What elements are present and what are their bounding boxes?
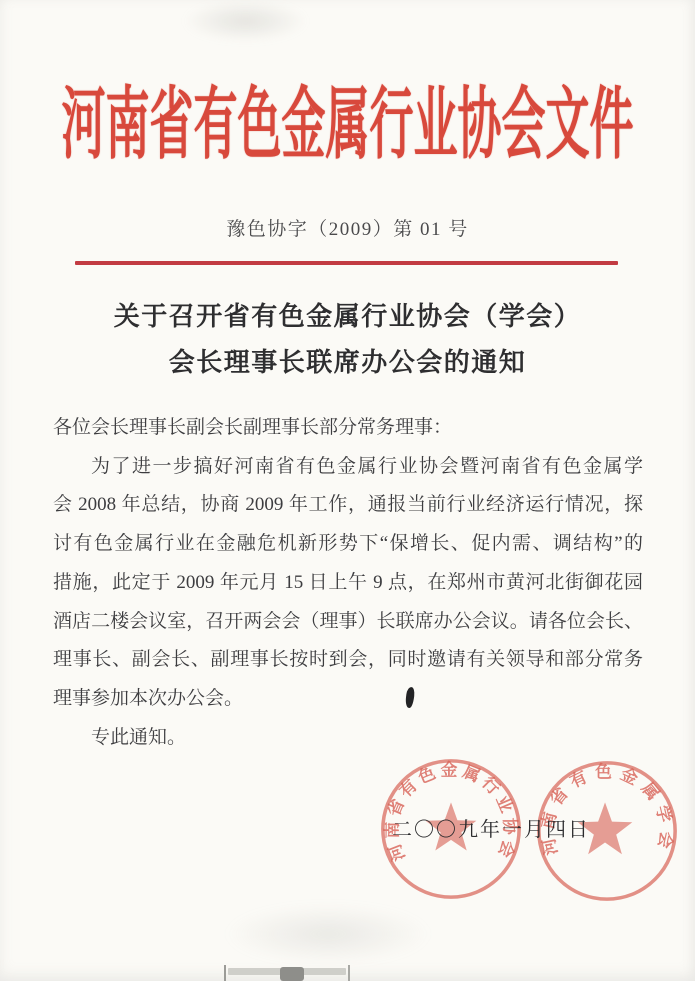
body-line: 理事长、副会长、副理事长按时到会，同时邀请有关领导和部分常务 [53, 641, 643, 680]
body-line: 讨有色金属行业在金融危机新形势下“保增长、促内需、调结构”的 [53, 525, 643, 564]
body-line: 措施，此定于 2009 年元月 15 日上午 9 点，在郑州市黄河北街御花园 [53, 564, 643, 603]
notice-title-line1: 关于召开省有色金属行业协会（学会） [0, 294, 695, 340]
notice-title: 关于召开省有色金属行业协会（学会） 会长理事长联席办公会的通知 [0, 294, 695, 386]
body-line: 酒店二楼会议室，召开两会会（理事）长联席办公会议。请各位会长、 [53, 603, 643, 642]
document-date: 二〇〇九年一月四日 [0, 813, 590, 842]
red-banner-title: 河南省有色金属行业协会文件 [0, 87, 695, 165]
body-line: 会 2008 年总结，协商 2009 年工作，通报当前行业经济运行情况，探 [53, 486, 643, 525]
document-number: 豫色协字（2009）第 01 号 [0, 214, 695, 241]
scan-smudge-top [183, 0, 308, 42]
notice-body: 各位会长理事长副会长副理事长部分常务理事： 为了进一步搞好河南省有色金属行业协会… [53, 409, 643, 757]
notice-title-line2: 会长理事长联席办公会的通知 [0, 340, 695, 386]
scan-smudge-bottom [228, 905, 428, 963]
scanned-document-page: 河南省有色金属行业协会文件 豫色协字（2009）第 01 号 关于召开省有色金属… [0, 0, 695, 981]
artifact-blob [280, 967, 304, 981]
salutation-line: 各位会长理事长副会长副理事长部分常务理事： [53, 409, 643, 448]
body-line: 为了进一步搞好河南省有色金属行业协会暨河南省有色金属学 [53, 448, 643, 487]
body-line: 理事参加本次办公会。 [53, 680, 643, 719]
red-divider-line [75, 261, 618, 265]
artifact-line-right [348, 965, 350, 981]
scanner-edge-artifact [224, 965, 350, 981]
artifact-line-left [224, 965, 226, 981]
